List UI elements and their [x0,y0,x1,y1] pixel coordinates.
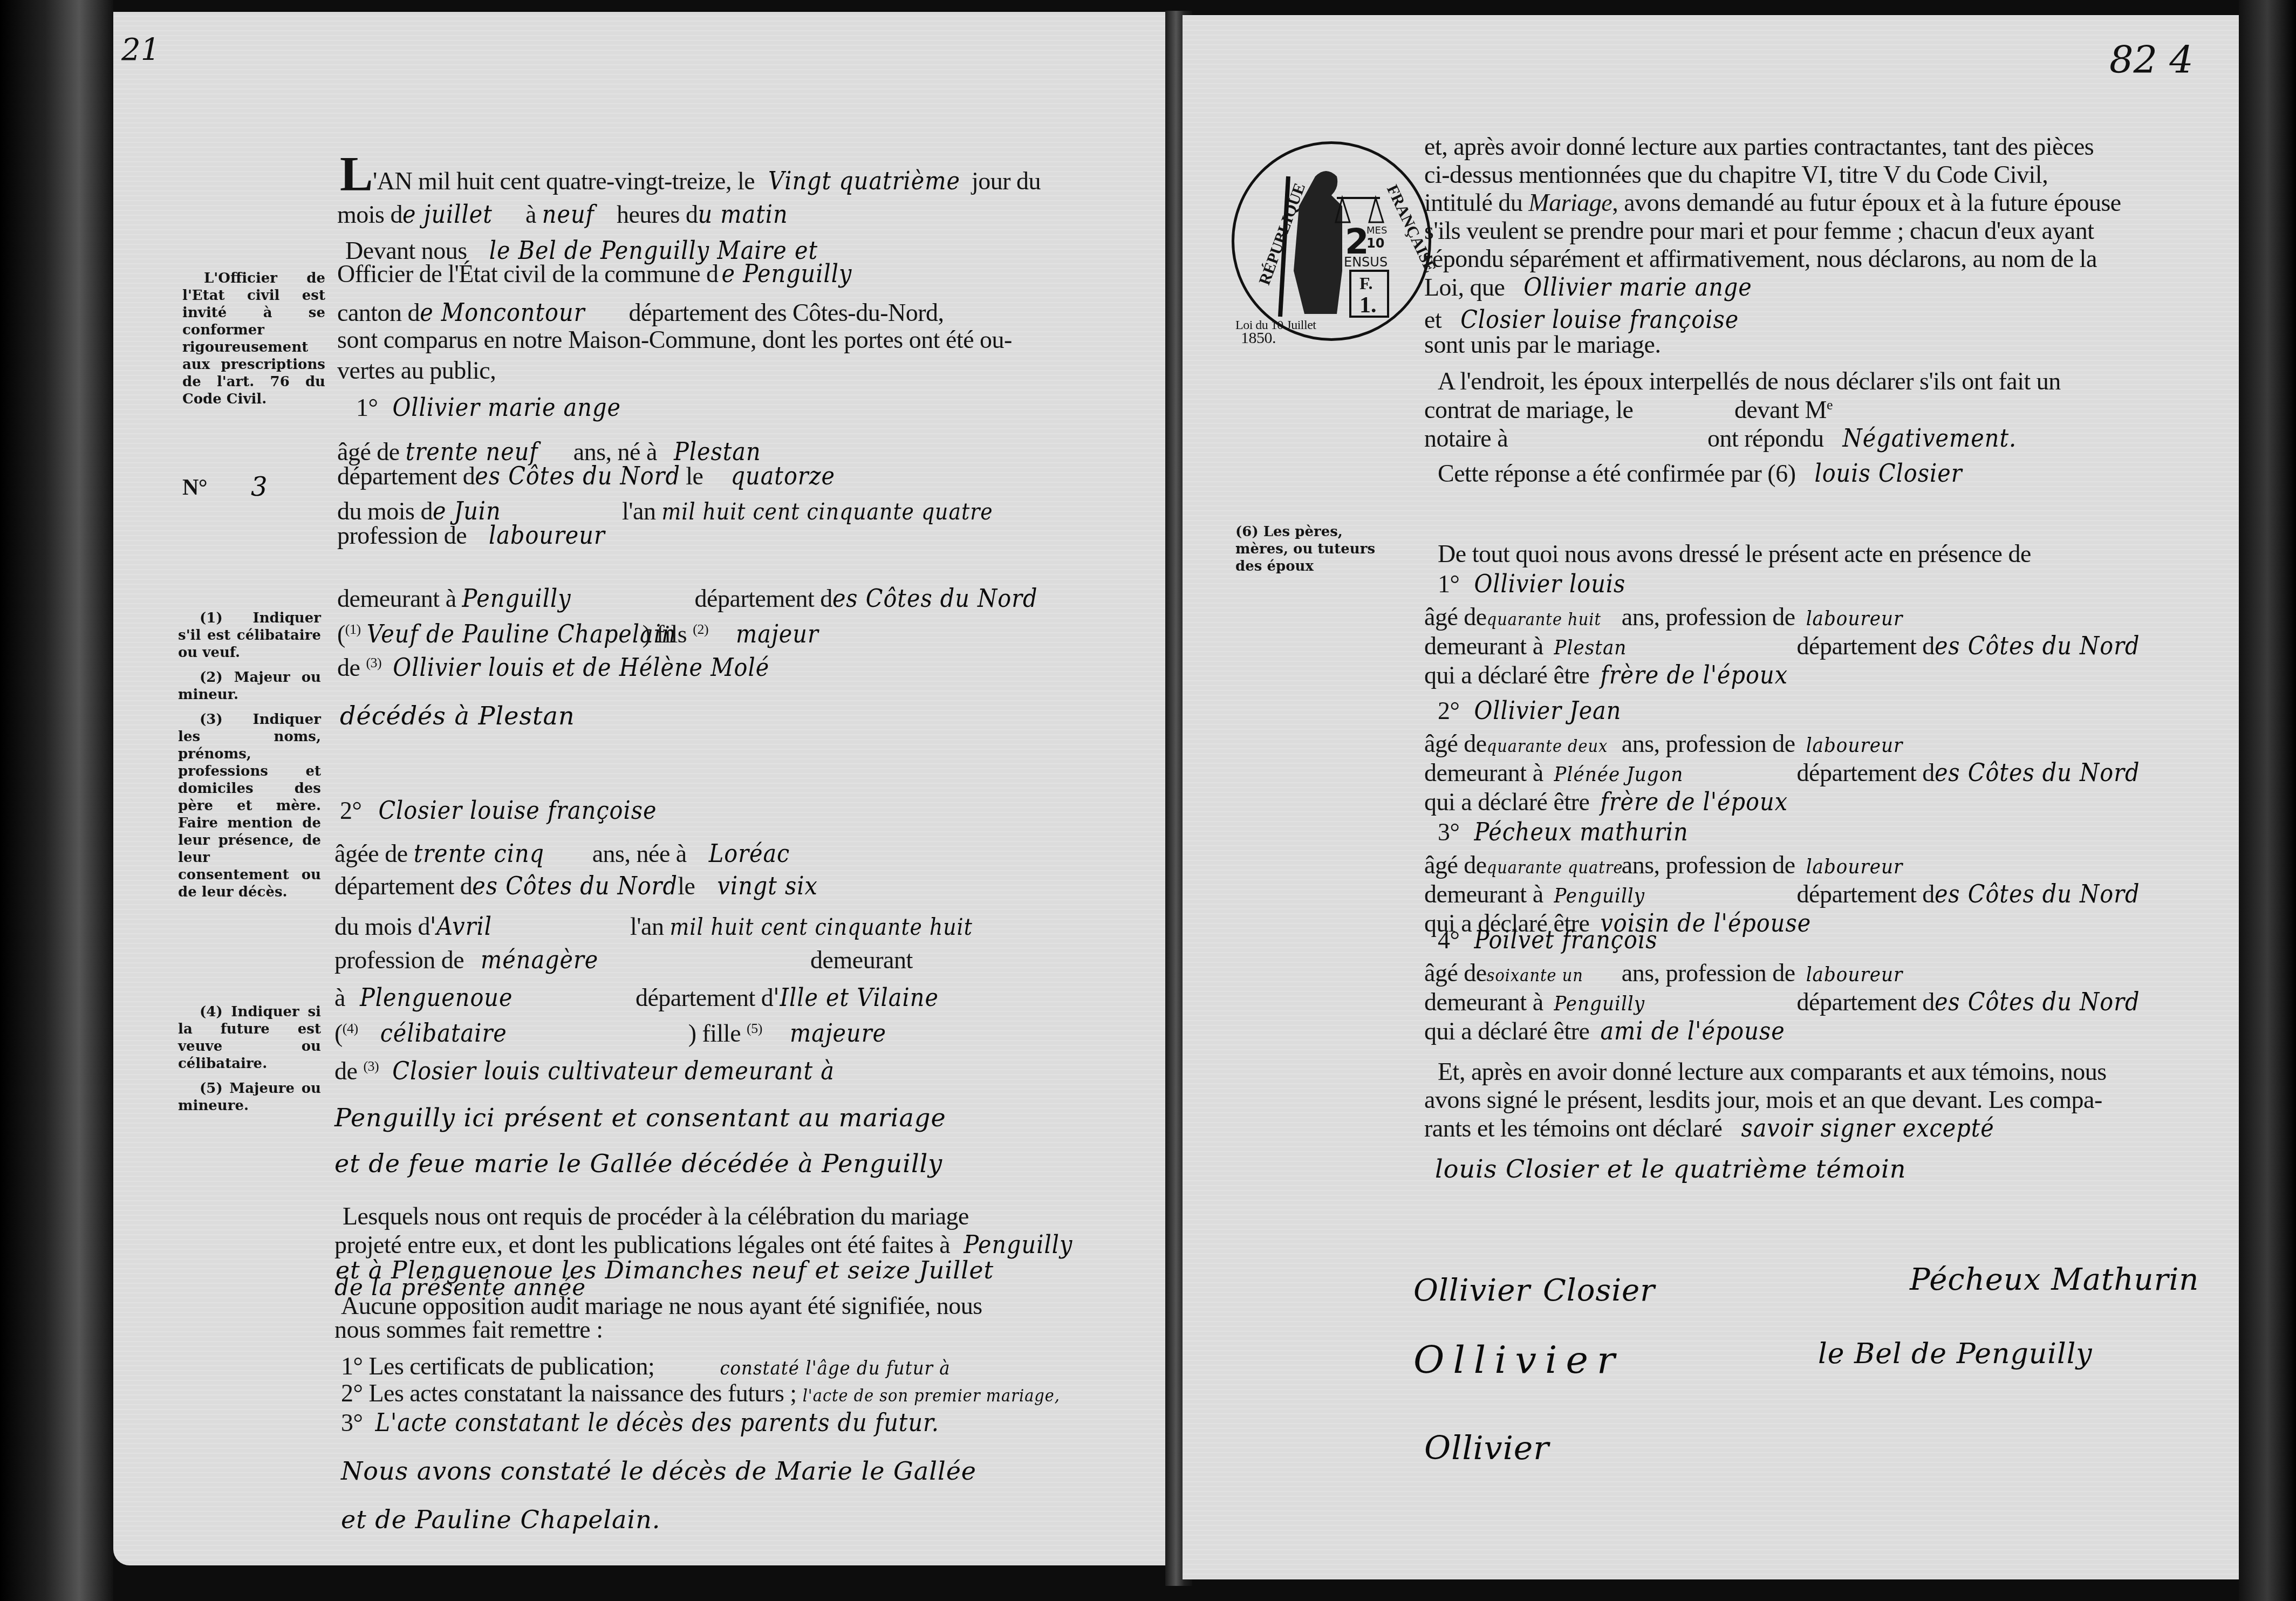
bride-birth-year: mil huit cent cinquante huit [669,914,972,940]
dropcap: L [340,146,373,201]
publications-line-1: Lesquels nous ont requis de procéder à l… [343,1202,969,1230]
bride-age: trente cinq [414,839,586,868]
signature-ollivier-3: Ollivier [1424,1429,1549,1467]
opening-line-1: L'AN mil huit cent quatre-vingt-treize, … [340,152,1041,195]
right-book-edge [2239,0,2296,1601]
bride-age-line: âgée de trente cinq ans, née à Loréac [334,839,790,868]
body-line-5: répondu séparément et affirmativement, n… [1424,244,2097,273]
left-corner-mark: 21 [121,32,160,67]
bride-profession-line: profession de ménagère demeurant [334,945,913,974]
et-line: et Closier louise françoise [1424,305,1739,334]
opposition-line-2: nous sommes fait remettre : [334,1315,603,1344]
justice-figure-icon [1234,144,1429,338]
signature-pecheux: Pécheux Mathurin [1910,1262,2199,1297]
commune-line: Officier de l'État civil de la commune d… [337,259,852,288]
body-line-3: intitulé du Mariage, avons demandé au fu… [1424,188,2121,217]
contract-answer: Négativement. [1843,423,2017,453]
witness-3: 3° Pécheux mathurin âgé dequarante quatr… [1424,817,2140,938]
marriage-day: Vingt quatrième [768,166,960,195]
bride-parents-line: de (3) Closier louis cultivateur demeura… [334,1056,835,1085]
signature-closier: Closier [1543,1273,1655,1308]
witnesses-intro: De tout quoi nous avons dressé le présen… [1438,539,2031,568]
record-number-label: N° [182,475,207,501]
closing-line-1: Et, après en avoir donné lecture aux com… [1438,1057,2107,1086]
contract-line-2: contrat de mariage, ledevant Me [1424,395,1833,424]
groom-parents-line-2: décédés à Plestan [340,701,575,730]
bride-birthplace: Loréac [709,839,790,868]
groom-residence-line: demeurant à Penguilly département des Cô… [337,584,1037,613]
document-item-2: 2° Les actes constatant la naissance des… [341,1379,1060,1407]
margin-note-6: (6) Les pères, mères, ou tuteurs des épo… [1235,523,1397,575]
groom-profession-line: profession de laboureur [337,521,605,550]
publications-line-2: projeté entre eux, et dont les publicati… [334,1230,1072,1259]
groom-birth-day: quatorze [731,461,835,490]
body-line-4: s'ils veulent se prendre pour mari et po… [1424,216,2094,245]
document-item-1: 1° Les certificats de publication; const… [341,1352,951,1380]
groom-status: Veuf de Pauline Chapelain [367,619,637,648]
closing-note-line-1: Nous avons constaté le décès de Marie le… [341,1456,976,1486]
margin-note-officer: L'Officier de l'Etat civil est invité à … [182,270,325,415]
body-line-2: ci-dessus mentionnées que du chapitre VI… [1424,160,2048,189]
closing-line-2: avons signé le présent, lesdits jour, mo… [1424,1085,2102,1114]
bride-name-line: 2° Closier louise françoise [340,796,657,825]
commune: e Penguilly [722,259,852,288]
bride-status-line: ((4) célibataire ) fille (5) majeure [334,1018,886,1048]
groom-residence: Penguilly [462,584,689,613]
canton-line: canton de Moncontour département des Côt… [337,298,944,327]
bride-profession: ménagère [481,945,804,974]
united-groom: Ollivier marie ange [1523,272,1752,302]
witness-2: 2° Ollivier Jean âgé dequarante deuxans,… [1424,696,2140,816]
bride-majority: majeure [790,1018,886,1048]
marriage-month: e juillet [402,200,493,229]
closing-line-3: rants et les témoins ont déclaré savoir … [1424,1113,1994,1142]
groom-name-line: 1° Ollivier marie ange [356,393,621,422]
bride-dept-line: département des Côtes du Nord le vingt s… [334,871,818,900]
bride-birth-month-line: du mois d'Avril l'an mil huit cent cinqu… [334,912,973,941]
loi-line: Loi, que Ollivier marie ange [1424,272,1752,302]
confirm-line: Cette réponse a été confirmée par (6) lo… [1438,459,1962,488]
left-book-edge [0,0,113,1601]
opening-line-2: mois de juillet à neuf heures du matin [337,200,788,229]
closing-line-4: louis Closier et le quatrième témoin [1435,1154,1906,1183]
unis-line: sont unis par le mariage. [1424,330,1660,359]
witness-4: 4° Poilvet françois âgé desoixante unans… [1424,925,2140,1045]
groom-dept-line: département des Côtes du Nord le quatorz… [337,461,835,490]
witness-1: 1° Ollivier louis âgé dequarante huitans… [1424,569,2140,689]
document-item-3: 3° L'acte constatant le décès des parent… [341,1408,939,1437]
closing-note-line-2: et de Pauline Chapelain. [341,1505,660,1534]
bride-birth-day: vingt six [717,871,818,900]
signature-mayor: le Bel de Penguilly [1818,1338,2093,1370]
groom-name: Ollivier marie ange [392,393,620,422]
bride-status: célibataire [380,1018,682,1048]
margin-notes-4-5: (4) Indiquer si la future est veuve ou c… [178,1003,321,1122]
bride-parents: Closier louis cultivateur demeurant à [392,1056,835,1085]
bride-residence: Plenguenoue [360,983,630,1012]
signature-groom: Ollivier [1413,1273,1530,1308]
record-number: 3 [251,472,268,502]
comparus-line-2: vertes au public, [337,356,496,385]
marriage-hour: neuf [542,200,594,229]
confirmed-by: louis Closier [1814,459,1962,488]
bride-name: Closier louise françoise [378,796,657,825]
groom-birth-year: mil huit cent cinquante quatre [661,498,993,525]
body-line-1: et, après avoir donné lecture aux partie… [1424,132,2094,161]
contract-line-1: A l'endroit, les époux interpellés de no… [1438,367,2061,395]
right-corner-mark: 82 4 [2109,38,2193,82]
groom-parents: Ollivier louis et de Hélène Molé [393,653,769,682]
bride-parents-line-2: Penguilly ici présent et consentant au m… [334,1103,946,1132]
bride-parents-line-3: et de feue marie le Gallée décédée à Pen… [334,1149,942,1178]
signature-ollivier-2: Ollivier [1413,1338,1623,1382]
bride-residence-line: à Plenguenoue département d'Ille et Vila… [334,983,939,1012]
groom-majority: majeur [736,619,819,648]
canton: e Moncontour [420,298,585,327]
margin-notes-1-3: (1) Indiquer s'il est célibataire ou veu… [178,610,321,908]
publication-place: Penguilly [963,1230,1072,1259]
groom-parents-line: de (3) Ollivier louis et de Hélène Molé [337,653,769,682]
tax-stamp: 2 MES 10 ENSUS F. 1. RÉPUBLIQUE FRANÇAIS… [1232,141,1431,341]
groom-profession: laboureur [489,521,605,550]
groom-status-line: ((1) Veuf de Pauline Chapelain ) fils (2… [337,619,819,648]
contract-line-3: notaire àont répondu Négativement. [1424,423,2017,453]
comparus-line-1: sont comparus en notre Maison-Commune, d… [337,325,1012,354]
united-bride: Closier louise françoise [1460,305,1739,334]
stamp-year: 1850. [1241,329,1276,347]
